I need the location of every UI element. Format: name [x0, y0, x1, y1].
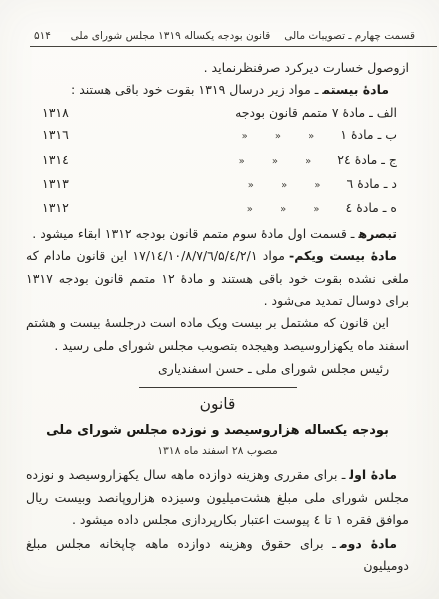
- article-1-paragraph: مادهٔ اولـ برای مقرری وهزینه دوازده ماهه…: [26, 464, 409, 531]
- row-entry: ه ـ مادهٔ ٤: [346, 197, 397, 219]
- row-year: ۱۳۱۸: [42, 102, 69, 124]
- article-20-label: مادهٔ بیستم: [322, 82, 389, 97]
- row-ditto-marks: « « «: [248, 175, 321, 197]
- note-text: ـ قسمت اول مادهٔ سوم متمم قانون بودجه ۱۳…: [32, 226, 354, 241]
- article-2-paragraph: مادهٔ دومـ برای حقوق وهزینه دوازده ماهه …: [26, 533, 409, 578]
- row-entry: ب ـ مادهٔ ۱: [340, 124, 397, 146]
- section-divider: [139, 387, 297, 388]
- page-number: ۵۱۴: [34, 30, 51, 42]
- list-item: ج ـ مادهٔ ۲٤« « « ۱۳۱٤: [26, 149, 409, 173]
- row-year: ۱۳۱٦: [42, 124, 69, 146]
- paragraph-continuation: ازوصول خسارت دیرکرد صرفنظرنماید .: [26, 57, 409, 79]
- row-year: ۱۳۱۲: [42, 197, 69, 219]
- article-1-label: مادهٔ اول: [349, 467, 397, 482]
- law-subtitle: بودجه یکساله هزاروسیصد و نوزده مجلس شورا…: [26, 420, 409, 441]
- law-title: قانون: [26, 392, 409, 416]
- header-section-title: قسمت چهارم ـ تصویبات مالی: [284, 30, 415, 42]
- page-body: ازوصول خسارت دیرکرد صرفنظرنماید . مادهٔ …: [0, 47, 439, 577]
- row-entry: ج ـ مادهٔ ۲٤: [337, 149, 397, 171]
- row-ditto-marks: « « «: [247, 199, 320, 221]
- article-20-heading: مادهٔ بیستمـ مواد زیر درسال ۱۳۱۹ بقوت خو…: [26, 79, 409, 101]
- row-ditto-marks: « « «: [242, 126, 315, 148]
- note-paragraph: تبصرهـ قسمت اول مادهٔ سوم متمم قانون بود…: [26, 223, 409, 245]
- signature-line: رئیس مجلس شورای ملی ـ حسن اسفندیاری: [26, 357, 409, 380]
- article-21-paragraph: مادهٔ بیست ویکم-مواد ۱۷/۱٤/۱۰/۸/۷/٦/۵/٤/…: [26, 245, 409, 312]
- row-entry: الف ـ مادهٔ ۷ متمم قانون بودجه: [235, 102, 397, 124]
- law-approval-date: مصوب ۲۸ اسفند ماه ۱۳۱۸: [26, 442, 409, 459]
- note-label: تبصره: [358, 226, 397, 241]
- article-21-label: مادهٔ بیست ویکم-: [289, 248, 397, 263]
- ratification-paragraph: این قانون که مشتمل بر بیست ویک ماده است …: [26, 312, 409, 357]
- row-year: ۱۳۱٤: [42, 149, 69, 171]
- retained-articles-list: الف ـ مادهٔ ۷ متمم قانون بودجه ۱۳۱۸ ب ـ …: [26, 102, 409, 222]
- row-year: ۱۳۱۳: [42, 173, 69, 195]
- list-item: الف ـ مادهٔ ۷ متمم قانون بودجه ۱۳۱۸: [26, 102, 409, 124]
- row-ditto-marks: « « «: [239, 151, 312, 173]
- header-running-title: قانون بودجه یکساله ۱۳۱۹ مجلس شورای ملی: [71, 30, 271, 42]
- list-item: د ـ مادهٔ ٦« « « ۱۳۱۳: [26, 173, 409, 197]
- article-2-label: مادهٔ دوم: [340, 536, 397, 551]
- article-20-text: ـ مواد زیر درسال ۱۳۱۹ بقوت خود باقی هستن…: [71, 82, 318, 97]
- law-articles: مادهٔ اولـ برای مقرری وهزینه دوازده ماهه…: [26, 464, 409, 577]
- row-entry: د ـ مادهٔ ٦: [347, 173, 398, 195]
- list-item: ب ـ مادهٔ ۱« « « ۱۳۱٦: [26, 124, 409, 148]
- running-head: قسمت چهارم ـ تصویبات مالی قانون بودجه یک…: [0, 0, 439, 42]
- scanned-law-page: قسمت چهارم ـ تصویبات مالی قانون بودجه یک…: [0, 0, 439, 599]
- list-item: ه ـ مادهٔ ٤« « « ۱۳۱۲: [26, 197, 409, 221]
